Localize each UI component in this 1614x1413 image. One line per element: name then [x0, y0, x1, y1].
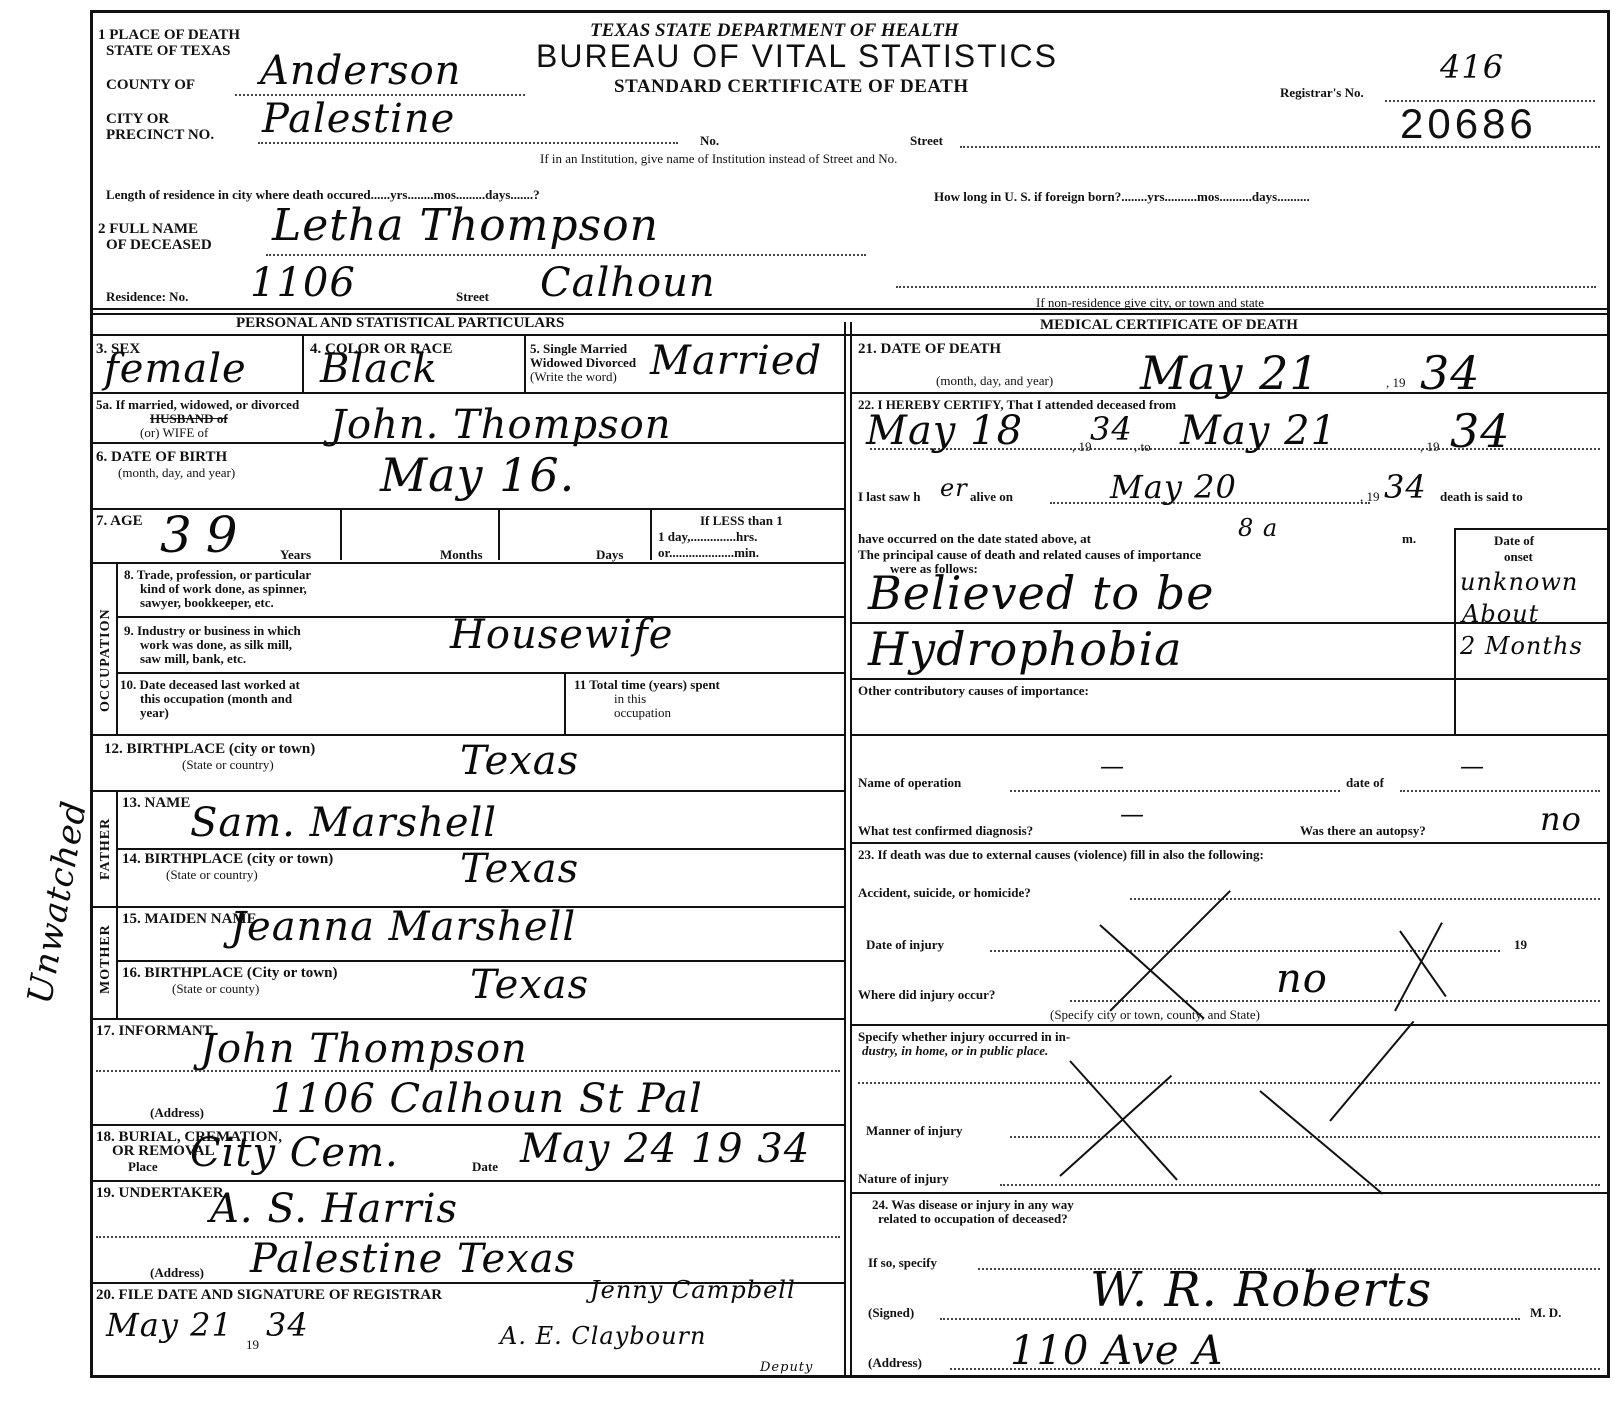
mother-birthplace-value: Texas — [470, 962, 589, 1008]
residence-street-label: Street — [456, 290, 489, 303]
alive-on-label: alive on — [970, 490, 1013, 503]
occurred-at-label: have occurred on the date stated above, … — [858, 532, 1091, 545]
years-label: Years — [280, 548, 311, 561]
burial-date-value: May 24 19 34 — [520, 1126, 810, 1172]
trade-label-3: sawyer, bookkeeper, etc. — [140, 596, 274, 609]
informant-label: 17. INFORMANT — [96, 1024, 213, 1039]
industry-label-2: work was done, as silk mill, — [140, 638, 292, 651]
county-label: COUNTY OF — [106, 78, 195, 93]
last-worked-label-1: 10. Date deceased last worked at — [120, 678, 300, 691]
death-certificate-page: Unwatched 1 PLACE OF DEATH STATE OF TEXA… — [0, 0, 1614, 1413]
total-time-label-2: in this — [614, 692, 646, 705]
mother-birthplace-sublabel: (State or county) — [172, 982, 259, 995]
residence-no-label: Residence: No. — [106, 290, 188, 303]
burial-place-value: City Cem. — [190, 1130, 399, 1176]
external-causes-label: 23. If death was due to external causes … — [858, 848, 1264, 861]
medical-section-title: MEDICAL CERTIFICATE OF DEATH — [1040, 318, 1298, 333]
last-saw-year-prefix: , 19 — [1360, 490, 1380, 503]
undertaker-address-value: Palestine Texas — [250, 1236, 576, 1282]
father-name-value: Sam. Marshell — [190, 800, 497, 846]
city-value: Palestine — [262, 96, 455, 142]
father-name-label: 13. NAME — [122, 796, 190, 811]
nature-label: Nature of injury — [858, 1172, 949, 1185]
where-injury-label: Where did injury occur? — [858, 988, 995, 1001]
date-of-death-sublabel: (month, day, and year) — [936, 374, 1053, 387]
marital-label-2: Widowed Divorced — [530, 356, 636, 369]
undertaker-label: 19. UNDERTAKER — [96, 1186, 224, 1201]
institution-note: If in an Institution, give name of Insti… — [540, 152, 897, 165]
operation-date-value: — — [1460, 752, 1485, 780]
birthplace-sublabel: (State or country) — [182, 758, 274, 771]
undertaker-value: A. S. Harris — [210, 1186, 458, 1232]
last-worked-label-2: this occupation (month and — [140, 692, 292, 705]
occupation-related-label-1: 24. Was disease or injury in any way — [872, 1198, 1074, 1211]
to-label: , to — [1134, 440, 1151, 453]
informant-value: John Thompson — [200, 1026, 528, 1072]
age-label: 7. AGE — [96, 514, 143, 529]
attended-from-date: May 18 — [866, 408, 1023, 454]
operation-label: Name of operation — [858, 776, 961, 789]
spouse-label-2: HUSBAND of — [150, 412, 228, 425]
dob-sublabel: (month, day, and year) — [118, 466, 235, 479]
autopsy-label: Was there an autopsy? — [1300, 824, 1426, 837]
attended-to-date: May 21 — [1180, 408, 1337, 454]
less-than-label-2: 1 day,..............hrs. — [658, 530, 757, 543]
trade-label-1: 8. Trade, profession, or particular — [124, 568, 311, 581]
burial-place-label: Place — [128, 1160, 158, 1173]
spouse-label-3: (or) WIFE of — [140, 426, 208, 439]
no-label: No. — [700, 134, 719, 147]
last-saw-date: May 20 — [1110, 468, 1237, 506]
occupation-side-label: OCCUPATION — [98, 608, 114, 712]
industry-label-3: saw mill, bank, etc. — [140, 652, 246, 665]
marital-label-1: 5. Single Married — [530, 342, 627, 355]
deputy-signature: A. E. Claybourn — [500, 1322, 706, 1350]
registrar-no-value: 416 — [1440, 48, 1504, 86]
cause-label-1: The principal cause of death and related… — [858, 548, 1201, 561]
cause-2-value: Hydrophobia — [868, 622, 1183, 676]
foreign-born-label: How long in U. S. if foreign born?......… — [934, 190, 1310, 203]
informant-address-value: 1106 Calhoun St Pal — [270, 1076, 703, 1122]
sex-value: female — [104, 346, 247, 392]
autopsy-value: no — [1540, 800, 1582, 838]
deputy-label: Deputy — [760, 1360, 813, 1375]
occupation-related-label-2: related to occupation of deceased? — [878, 1212, 1068, 1225]
mother-birthplace-label: 16. BIRTHPLACE (City or town) — [122, 966, 337, 981]
county-value: Anderson — [260, 48, 461, 94]
age-years-value: 39 — [160, 506, 252, 564]
father-birthplace-label: 14. BIRTHPLACE (city or town) — [122, 852, 333, 867]
side-handwritten-note: Unwatched — [20, 798, 95, 1007]
time-suffix: m. — [1402, 532, 1416, 545]
attended-from-year-prefix: , 19 — [1072, 440, 1092, 453]
manner-label: Manner of injury — [866, 1124, 963, 1137]
md-label: M. D. — [1530, 1306, 1561, 1319]
physician-address-label: (Address) — [868, 1356, 922, 1369]
marital-label-3: (Write the word) — [530, 370, 617, 383]
file-year-value: 34 — [266, 1306, 309, 1344]
death-said-label: death is said to — [1440, 490, 1523, 503]
residence-street-value: Calhoun — [540, 260, 716, 306]
birthplace-value: Texas — [460, 738, 579, 784]
street-label: Street — [910, 134, 943, 147]
injury-year-label: 19 — [1514, 938, 1527, 951]
operation-value: — — [1100, 752, 1125, 780]
onset-value-3: 2 Months — [1460, 632, 1583, 660]
physician-address-value: 110 Ave A — [1010, 1328, 1223, 1374]
last-saw-year: 34 — [1384, 468, 1427, 506]
if-so-label: If so, specify — [868, 1256, 937, 1269]
cause-1-value: Believed to be — [868, 566, 1214, 620]
trade-label-2: kind of work done, as spinner, — [140, 582, 307, 595]
full-name-label: 2 FULL NAME — [98, 222, 198, 237]
total-time-label-3: occupation — [614, 706, 671, 719]
state-label: STATE OF TEXAS — [106, 44, 230, 59]
registrar-no-label: Registrar's No. — [1280, 86, 1364, 99]
where-injury-value: no — [1276, 956, 1328, 1002]
signed-label: (Signed) — [868, 1306, 914, 1319]
burial-date-label: Date — [472, 1160, 498, 1173]
onset-label-1: Date of — [1494, 534, 1534, 547]
mother-side-label: MOTHER — [98, 924, 114, 994]
residence-no-value: 1106 — [250, 260, 356, 306]
registrar-signature: Jenny Campbell — [590, 1276, 796, 1304]
spouse-label-1: 5a. If married, widowed, or divorced — [96, 398, 299, 411]
file-date-value: May 21 — [106, 1306, 233, 1344]
attended-from-year: 34 — [1090, 410, 1133, 448]
specify-place-label-2: dustry, in home, or in public place. — [862, 1044, 1048, 1057]
undertaker-address-label: (Address) — [150, 1266, 204, 1279]
onset-value-2: About — [1462, 600, 1539, 628]
personal-section-title: PERSONAL AND STATISTICAL PARTICULARS — [236, 316, 564, 331]
total-time-label-1: 11 Total time (years) spent — [574, 678, 720, 691]
file-number: 20686 — [1400, 100, 1537, 148]
onset-value-1: unknown — [1460, 568, 1578, 596]
physician-signature: W. R. Roberts — [1090, 1262, 1432, 1318]
industry-value: Housewife — [450, 612, 673, 658]
mother-name-value: Jeanna Marshell — [230, 904, 576, 950]
certificate-title: STANDARD CERTIFICATE OF DEATH — [614, 76, 969, 98]
other-causes-label: Other contributory causes of importance: — [858, 684, 1089, 697]
race-value: Black — [320, 346, 438, 392]
dob-value: May 16. — [380, 448, 575, 502]
date-of-death-label: 21. DATE OF DEATH — [858, 342, 1001, 357]
bureau-title: BUREAU OF VITAL STATISTICS — [536, 38, 1058, 75]
father-birthplace-value: Texas — [460, 846, 579, 892]
birthplace-label: 12. BIRTHPLACE (city or town) — [104, 742, 315, 757]
onset-label-2: onset — [1504, 550, 1533, 563]
last-worked-label-3: year) — [140, 706, 169, 719]
accident-label: Accident, suicide, or homicide? — [858, 886, 1031, 899]
marital-value: Married — [650, 338, 822, 384]
days-label: Days — [596, 548, 623, 561]
dod-year-prefix: , 19 — [1386, 376, 1406, 389]
less-than-label-1: If LESS than 1 — [700, 514, 783, 527]
informant-address-label: (Address) — [150, 1106, 204, 1119]
father-side-label: FATHER — [98, 818, 114, 880]
test-label: What test confirmed diagnosis? — [858, 824, 1033, 837]
deceased-name: Letha Thompson — [272, 200, 659, 251]
less-than-label-3: or....................min. — [658, 546, 759, 559]
precinct-label: PRECINCT NO. — [106, 128, 214, 143]
specify-place-label-1: Specify whether injury occurred in in- — [858, 1030, 1070, 1043]
city-label: CITY OR — [106, 112, 169, 127]
last-saw-label: I last saw h — [858, 490, 921, 503]
injury-date-label: Date of injury — [866, 938, 944, 951]
file-year-prefix: 19 — [246, 1338, 259, 1351]
place-of-death-label: 1 PLACE OF DEATH — [98, 28, 240, 43]
specify-city-note: (Specify city or town, county, and State… — [1050, 1008, 1260, 1021]
last-saw-pronoun: er — [940, 474, 968, 502]
of-deceased-label: OF DECEASED — [106, 238, 212, 253]
test-value: — — [1120, 800, 1145, 828]
dob-label: 6. DATE OF BIRTH — [96, 450, 227, 465]
attended-to-year-prefix: , 19 — [1420, 440, 1440, 453]
months-label: Months — [440, 548, 483, 561]
date-of-label: date of — [1346, 776, 1384, 789]
attended-to-year: 34 — [1450, 404, 1511, 458]
time-value: 8 a — [1238, 514, 1278, 542]
file-date-label: 20. FILE DATE AND SIGNATURE OF REGISTRAR — [96, 1288, 442, 1303]
industry-label-1: 9. Industry or business in which — [124, 624, 301, 637]
father-birthplace-sublabel: (State or country) — [166, 868, 258, 881]
